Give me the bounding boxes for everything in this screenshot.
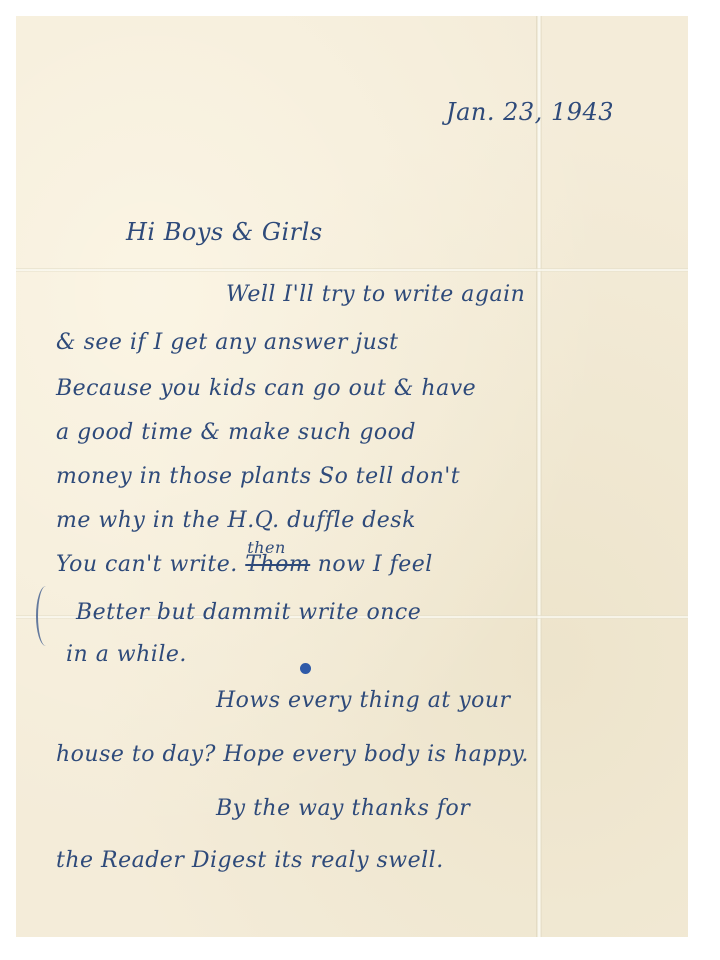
letter-line-2: & see if I get any answer just: [56, 330, 398, 355]
letter-date: Jan. 23, 1943: [446, 98, 614, 126]
letter-line-3: Because you kids can go out & have: [56, 376, 476, 401]
margin-pen-stroke: [36, 586, 56, 646]
letter-page: Jan. 23, 1943 Hi Boys & Girls Well I'll …: [16, 16, 688, 937]
letter-line-12: By the way thanks for: [216, 796, 470, 821]
letter-line-11: house to day? Hope every body is happy.: [56, 742, 529, 767]
letter-line-7: You can't write. then Thom now I feel: [56, 552, 433, 577]
ink-blot: [300, 663, 311, 674]
letter-salutation: Hi Boys & Girls: [126, 218, 323, 246]
letter-line-8: Better but dammit write once: [76, 600, 421, 625]
letter-line-7-end: now I feel: [318, 552, 433, 577]
letter-line-5: money in those plants So tell don't: [56, 464, 460, 489]
letter-line-1: Well I'll try to write again: [226, 282, 525, 307]
letter-line-13: the Reader Digest its realy swell.: [56, 848, 444, 873]
vertical-fold: [536, 16, 542, 937]
correction: then Thom: [245, 552, 310, 577]
letter-line-4: a good time & make such good: [56, 420, 416, 445]
letter-line-7-start: You can't write.: [56, 552, 238, 577]
letter-line-6: me why in the H.Q. duffle desk: [56, 508, 416, 533]
letter-line-9: in a while.: [66, 642, 187, 667]
letter-line-10: Hows every thing at your: [216, 688, 511, 713]
correction-inserted-word: then: [247, 538, 286, 557]
horizontal-fold-upper: [16, 268, 688, 272]
